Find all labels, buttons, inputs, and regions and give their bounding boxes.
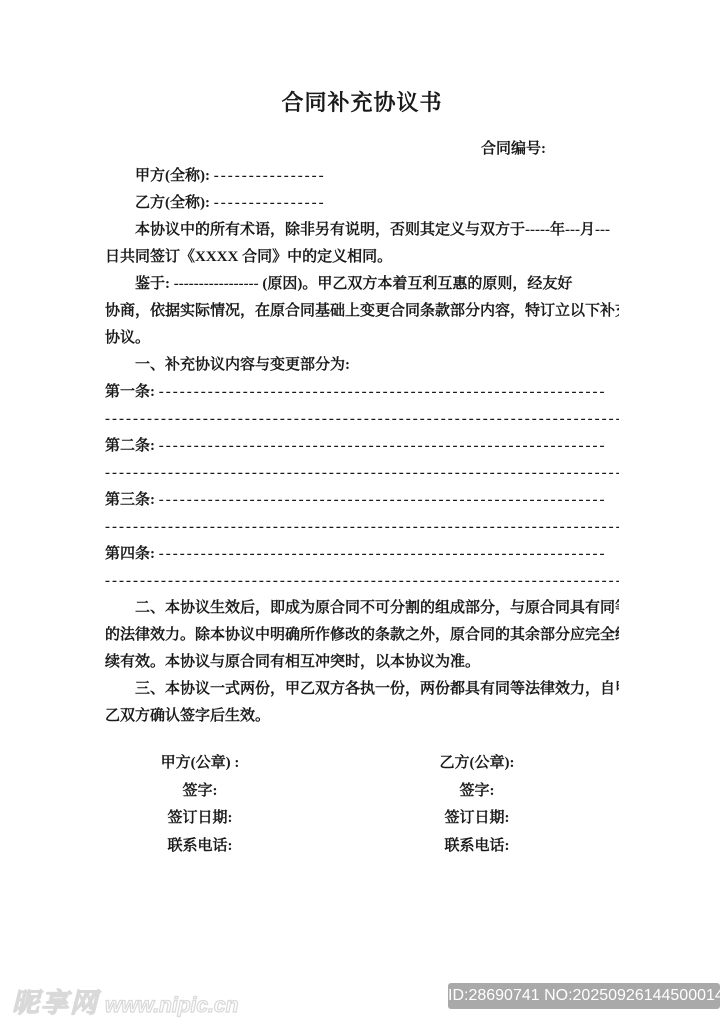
party-a-signature-column: 甲方(公章) : 签字: 签订日期: 联系电话: (105, 750, 295, 860)
section-two-line: 续有效。本协议与原合同有相互冲突时，以本协议为准。 (105, 649, 619, 676)
party-b-sign-label: 签字: (382, 778, 572, 806)
party-b-phone-label: 联系电话: (382, 833, 572, 861)
clause-1-blank: ----------------------------------------… (159, 384, 607, 400)
clause-row-1: 第一条: -----------------------------------… (105, 379, 619, 406)
clause-1-label: 第一条: (105, 384, 159, 400)
party-b-label: 乙方(全称): (135, 195, 214, 211)
site-watermark: 昵享网www.nipic.cn (12, 986, 238, 1024)
document-title: 合同补充协议书 (105, 88, 619, 118)
section-three-line: 三、本协议一式两份，甲乙双方各执一份，两份都具有同等法律效力，自甲 (105, 676, 619, 703)
clause-row-2: 第二条: -----------------------------------… (105, 433, 619, 460)
clause-row-3: 第三条: -----------------------------------… (105, 487, 619, 514)
party-a-date-label: 签订日期: (105, 805, 295, 833)
clause-1-blank-line: ----------------------------------------… (105, 406, 619, 433)
image-id-badge: ID:28690741 NO:20250926144500014106 (448, 983, 720, 1009)
party-b-blank: ---------------- (214, 195, 326, 211)
site-logo-text: 昵享网 (12, 988, 99, 1018)
contract-number-label: 合同编号: (105, 136, 619, 163)
clause-row-4: 第四条: -----------------------------------… (105, 541, 619, 568)
section-two-line: 二、本协议生效后，即成为原合同不可分割的组成部分，与原合同具有同等 (105, 595, 619, 622)
whereas-paragraph-line: 鉴于: ----------------- (原因)。甲乙双方本着互利互惠的原则… (105, 271, 619, 298)
clause-4-blank: ----------------------------------------… (159, 546, 607, 562)
section-one-heading: 一、补充协议内容与变更部分为: (105, 352, 619, 379)
party-b-seal-label: 乙方(公章): (382, 750, 572, 778)
section-three-line: 乙双方确认签字后生效。 (105, 703, 619, 730)
party-a-phone-label: 联系电话: (105, 833, 295, 861)
clause-3-blank: ----------------------------------------… (159, 492, 607, 508)
party-a-row: 甲方(全称): ---------------- (105, 163, 619, 190)
party-b-row: 乙方(全称): ---------------- (105, 190, 619, 217)
party-a-label: 甲方(全称): (135, 168, 214, 184)
clause-2-label: 第二条: (105, 438, 159, 454)
section-two-line: 的法律效力。除本协议中明确所作修改的条款之外，原合同的其余部分应完全继 (105, 622, 619, 649)
party-b-signature-column: 乙方(公章): 签字: 签订日期: 联系电话: (382, 750, 572, 860)
party-a-seal-label: 甲方(公章) : (105, 750, 295, 778)
site-url-text: www.nipic.cn (105, 994, 238, 1017)
terms-paragraph-line: 日共同签订《XXXX 合同》中的定义相同。 (105, 244, 619, 271)
party-b-date-label: 签订日期: (382, 805, 572, 833)
clause-3-label: 第三条: (105, 492, 159, 508)
document-page: 合同补充协议书 合同编号: 甲方(全称): ---------------- 乙… (0, 0, 724, 1024)
clause-2-blank: ----------------------------------------… (159, 438, 607, 454)
whereas-paragraph-line: 协议。 (105, 325, 619, 352)
party-a-blank: ---------------- (214, 168, 326, 184)
terms-paragraph-line: 本协议中的所有术语，除非另有说明，否则其定义与双方于-----年---月--- (105, 217, 619, 244)
party-a-sign-label: 签字: (105, 778, 295, 806)
clause-2-blank-line: ----------------------------------------… (105, 460, 619, 487)
clause-3-blank-line: ----------------------------------------… (105, 514, 619, 541)
clause-4-blank-line: ----------------------------------------… (105, 568, 619, 595)
clause-4-label: 第四条: (105, 546, 159, 562)
whereas-paragraph-line: 协商，依据实际情况，在原合同基础上变更合同条款部分内容，特订立以下补充 (105, 298, 619, 325)
signature-block: 甲方(公章) : 签字: 签订日期: 联系电话: 乙方(公章): 签字: 签订日… (105, 750, 619, 860)
